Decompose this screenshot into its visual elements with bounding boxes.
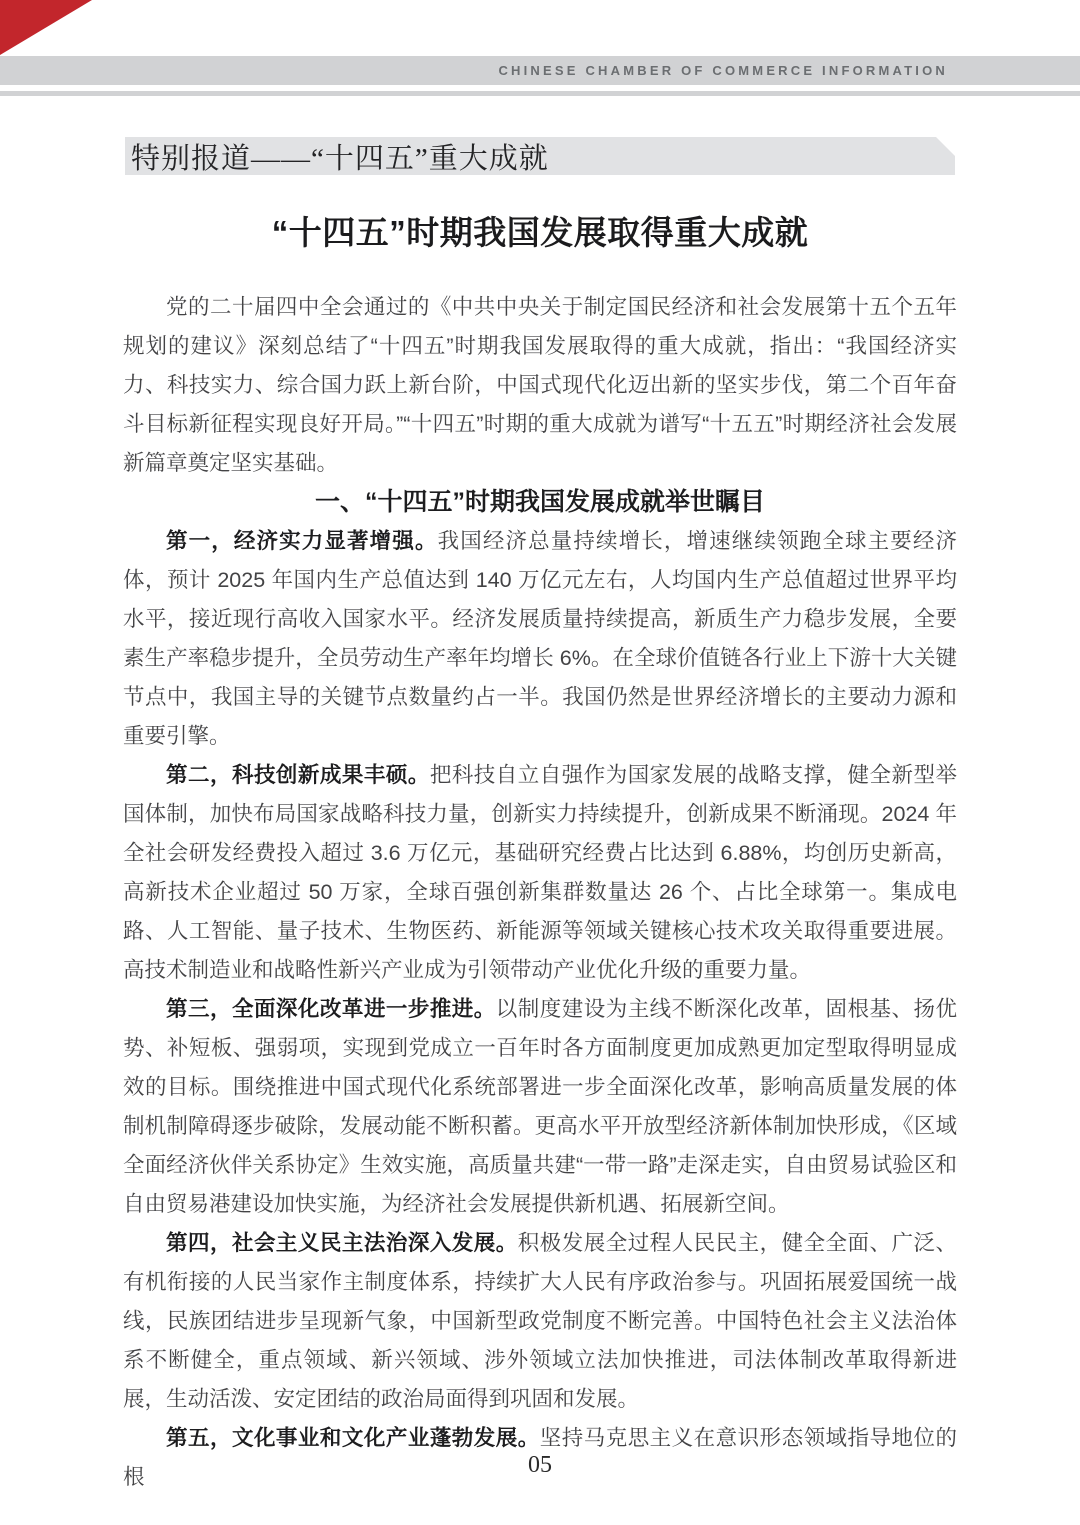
page: CHINESE CHAMBER OF COMMERCE INFORMATION … — [0, 0, 1080, 1525]
banner-rule — [0, 91, 1080, 96]
section-one-heading: 一、“十四五”时期我国发展成就举世瞩目 — [123, 483, 957, 522]
article-title: “十四五”时期我国发展取得重大成就 — [123, 210, 957, 256]
article: “十四五”时期我国发展取得重大成就 党的二十届四中全会通过的《中共中央关于制定国… — [123, 210, 957, 1497]
corner-ribbon — [0, 0, 92, 55]
intro-text: 党的二十届四中全会通过的《中共中央关于制定国民经济和社会发展第十五个五年规划的建… — [123, 295, 957, 475]
paragraph-3-lead: 第三，全面深化改革进一步推进。 — [166, 997, 496, 1021]
intro-paragraph: 党的二十届四中全会通过的《中共中央关于制定国民经济和社会发展第十五个五年规划的建… — [123, 288, 957, 483]
numbered-paragraph-3: 第三，全面深化改革进一步推进。以制度建设为主线不断深化改革，固根基、扬优势、补短… — [123, 990, 957, 1224]
paragraph-5-lead: 第五，文化事业和文化产业蓬勃发展。 — [166, 1426, 540, 1450]
paragraph-1-lead: 第一，经济实力显著增强。 — [166, 529, 438, 553]
paragraph-4-body: 积极发展全过程人民民主，健全全面、广泛、有机衔接的人民当家作主制度体系，持续扩大… — [123, 1231, 957, 1411]
top-banner: CHINESE CHAMBER OF COMMERCE INFORMATION — [0, 56, 1080, 85]
paragraph-1-body: 我国经济总量持续增长，增速继续领跑全球主要经济体，预计 2025 年国内生产总值… — [123, 529, 957, 748]
numbered-paragraph-4: 第四，社会主义民主法治深入发展。积极发展全过程人民民主，健全全面、广泛、有机衔接… — [123, 1224, 957, 1419]
banner-text: CHINESE CHAMBER OF COMMERCE INFORMATION — [498, 63, 948, 78]
paragraph-2-lead: 第二，科技创新成果丰硕。 — [166, 763, 430, 787]
section-header: 特别报道——“十四五”重大成就 — [125, 137, 955, 175]
paragraph-2-body: 把科技自立自强作为国家发展的战略支撑，健全新型举国体制，加快布局国家战略科技力量… — [123, 763, 957, 982]
numbered-paragraph-1: 第一，经济实力显著增强。我国经济总量持续增长，增速继续领跑全球主要经济体，预计 … — [123, 522, 957, 756]
section-header-label: 特别报道——“十四五”重大成就 — [131, 136, 549, 177]
paragraph-3-body: 以制度建设为主线不断深化改革，固根基、扬优势、补短板、强弱项，实现到党成立一百年… — [123, 997, 957, 1216]
paragraph-4-lead: 第四，社会主义民主法治深入发展。 — [166, 1231, 518, 1255]
numbered-paragraph-2: 第二，科技创新成果丰硕。把科技自立自强作为国家发展的战略支撑，健全新型举国体制，… — [123, 756, 957, 990]
page-number: 05 — [0, 1452, 1080, 1479]
